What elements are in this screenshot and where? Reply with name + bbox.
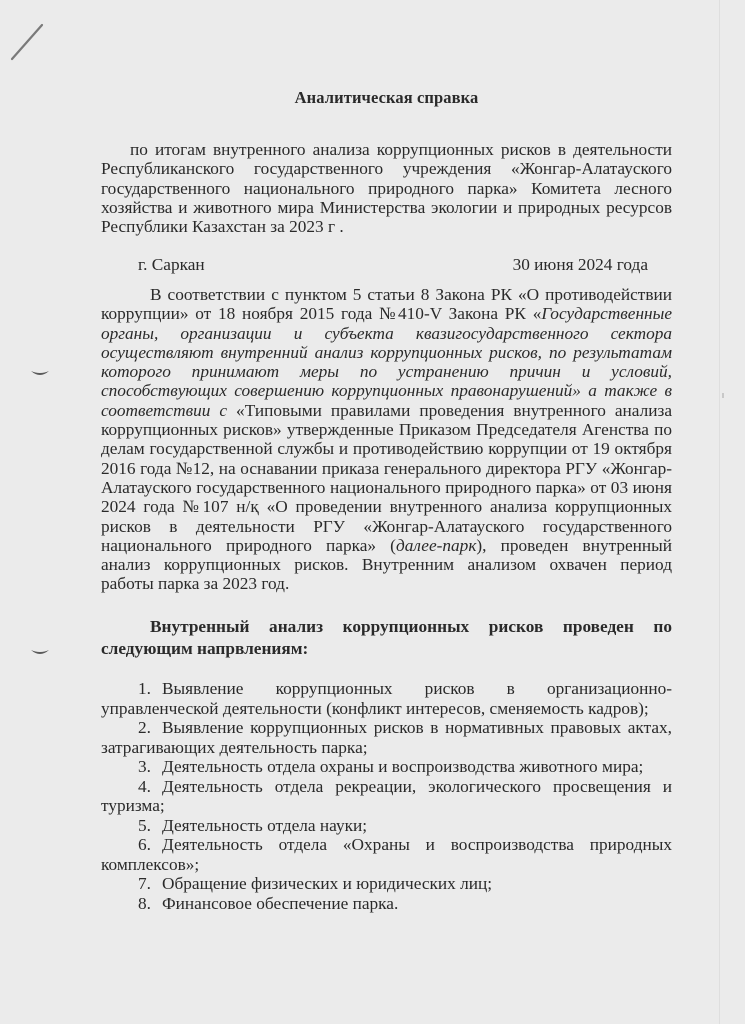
- list-item: 4.Деятельность отдела рекреации, экологи…: [101, 777, 672, 816]
- list-item: 5.Деятельность отдела науки;: [101, 816, 672, 836]
- main-paragraph: В соответствии с пунктом 5 статьи 8 Зако…: [101, 285, 672, 594]
- place-date-line: г. Саркан 30 июня 2024 года: [138, 255, 648, 275]
- list-item-number: 3.: [138, 757, 162, 777]
- list-item-text: Выявление коррупционных рисков в нормати…: [101, 718, 672, 757]
- list-item-number: 8.: [138, 894, 162, 914]
- list-item-number: 7.: [138, 874, 162, 894]
- list-item: 1.Выявление коррупционных рисков в орган…: [101, 679, 672, 718]
- document-place: г. Саркан: [138, 255, 205, 275]
- main-paragraph-text: «Типовыми правилами проведения внутренно…: [101, 401, 672, 555]
- list-item-number: 6.: [138, 835, 162, 855]
- document-date: 30 июня 2024 года: [513, 255, 648, 275]
- list-item-text: Деятельность отдела «Охраны и воспроизво…: [101, 835, 672, 874]
- document-subject: по итогам внутренного анализа коррупцион…: [101, 140, 672, 236]
- list-item-text: Выявление коррупционных рисков в организ…: [101, 679, 672, 718]
- pencil-slash-icon: [8, 22, 48, 62]
- list-item: 2.Выявление коррупционных рисков в норма…: [101, 718, 672, 757]
- list-item-text: Деятельность отдела рекреации, экологиче…: [101, 777, 672, 816]
- list-item-number: 4.: [138, 777, 162, 797]
- document-title: Аналитическая справка: [101, 88, 672, 108]
- main-paragraph-italic-abbrev: далее-парк: [396, 536, 476, 555]
- list-item-text: Деятельность отдела науки;: [162, 816, 367, 835]
- punch-hole-icon: [30, 369, 50, 379]
- list-item: 7.Обращение физических и юридических лиц…: [101, 874, 672, 894]
- list-item-text: Деятельность отдела охраны и воспроизвод…: [162, 757, 643, 776]
- directions-list: 1.Выявление коррупционных рисков в орган…: [101, 679, 672, 913]
- list-item: 6.Деятельность отдела «Охраны и воспроиз…: [101, 835, 672, 874]
- scan-speck: [722, 393, 724, 398]
- list-item-text: Финансовое обеспечение парка.: [162, 894, 398, 913]
- list-item: 8.Финансовое обеспечение парка.: [101, 894, 672, 914]
- list-item-number: 5.: [138, 816, 162, 836]
- list-item-number: 1.: [138, 679, 162, 699]
- section-heading: Внутренный анализ коррупционных рисков п…: [101, 616, 672, 660]
- punch-hole-icon: [30, 648, 50, 658]
- list-item: 3.Деятельность отдела охраны и воспроизв…: [101, 757, 672, 777]
- list-item-text: Обращение физических и юридических лиц;: [162, 874, 492, 893]
- list-item-number: 2.: [138, 718, 162, 738]
- scan-page-edge: [719, 0, 720, 1024]
